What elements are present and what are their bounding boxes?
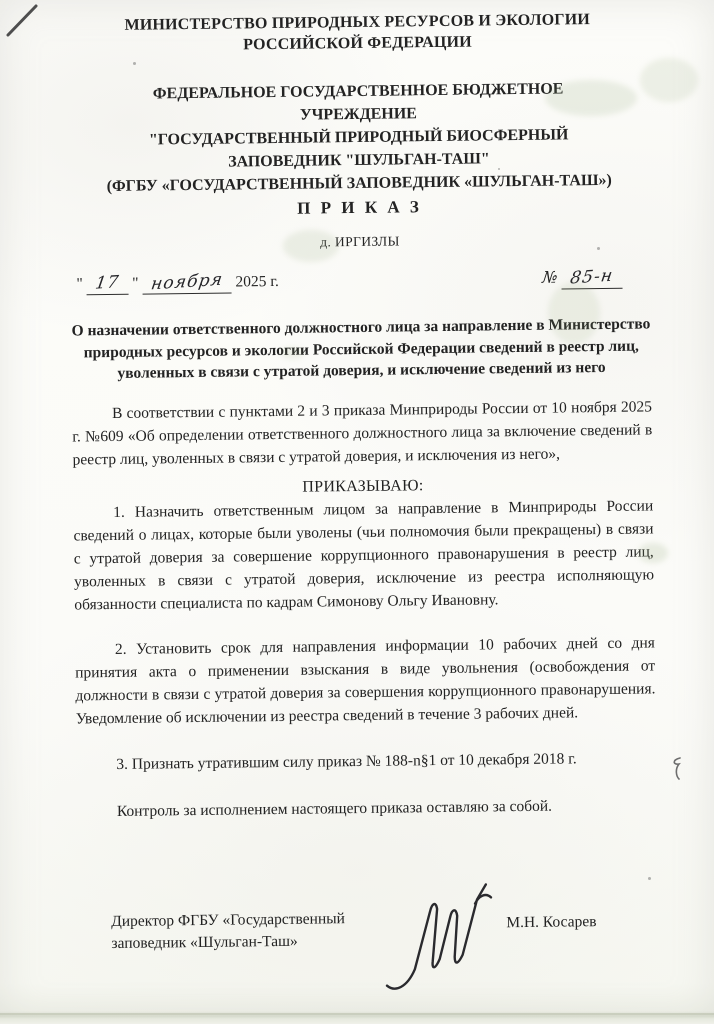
- signatory-position-line-2: заповедник «Шульган-Таш»: [111, 930, 345, 955]
- order-number-group: № 85-н: [543, 267, 623, 290]
- date-year: 2025 г.: [235, 273, 279, 291]
- order-subject: О назначении ответственного должностного…: [71, 313, 652, 385]
- order-document: МИНИСТЕРСТВО ПРИРОДНЫХ РЕСУРСОВ И ЭКОЛОГ…: [67, 0, 659, 1009]
- order-number-underline: 85-н: [562, 267, 623, 290]
- order-item-3: 3. Признать утратившим силу приказ № 188…: [76, 746, 656, 776]
- signatory-position: Директор ФГБУ «Государственный заповедни…: [111, 908, 345, 955]
- ministry-header: МИНИСТЕРСТВО ПРИРОДНЫХ РЕСУРСОВ И ЭКОЛОГ…: [67, 8, 647, 57]
- number-sign: №: [542, 268, 560, 287]
- document-content: МИНИСТЕРСТВО ПРИРОДНЫХ РЕСУРСОВ И ЭКОЛОГ…: [0, 0, 714, 1024]
- scan-bottom-edge-band: [0, 1011, 714, 1024]
- date-month-underline: ноября: [142, 272, 231, 295]
- date-day-underline: 17: [87, 273, 129, 296]
- scanned-document-page: МИНИСТЕРСТВО ПРИРОДНЫХ РЕСУРСОВ И ЭКОЛОГ…: [0, 0, 714, 1024]
- order-item-2: 2. Установить срок для направления инфор…: [75, 631, 656, 730]
- date-number-row: " 17 " ноября 2025 г. № 85-н: [70, 266, 650, 295]
- date-month-handwritten: ноября: [150, 270, 225, 295]
- signature-block: Директор ФГБУ «Государственный заповедни…: [78, 882, 659, 1009]
- organization-header: ФЕДЕРАЛЬНОЕ ГОСУДАРСТВЕННОЕ БЮДЖЕТНОЕ УЧ…: [68, 76, 650, 222]
- order-number-handwritten: 85-н: [569, 266, 615, 289]
- place-line: д. ИРГИЗЛЫ: [70, 230, 650, 253]
- pen-tick-mark-icon: [664, 752, 690, 786]
- signature-stroke-icon: [378, 872, 500, 998]
- signatory-name: М.Н. Косарев: [506, 913, 596, 932]
- date-group: " 17 " ноября 2025 г.: [76, 271, 279, 295]
- handwritten-signature: [378, 872, 500, 1003]
- control-clause: Контроль за исполнением настоящего прика…: [77, 793, 657, 823]
- signatory-position-line-1: Директор ФГБУ «Государственный: [111, 908, 345, 933]
- date-quote-close: ": [132, 275, 139, 292]
- date-quote-open: ": [76, 275, 83, 292]
- intro-paragraph: В соответствии с пунктами 2 и 3 приказа …: [72, 395, 653, 471]
- pen-slash-mark-icon: [0, 0, 60, 50]
- order-item-1: 1. Назначить ответственным лицом за напр…: [73, 494, 654, 616]
- date-day-handwritten: 17: [94, 272, 121, 294]
